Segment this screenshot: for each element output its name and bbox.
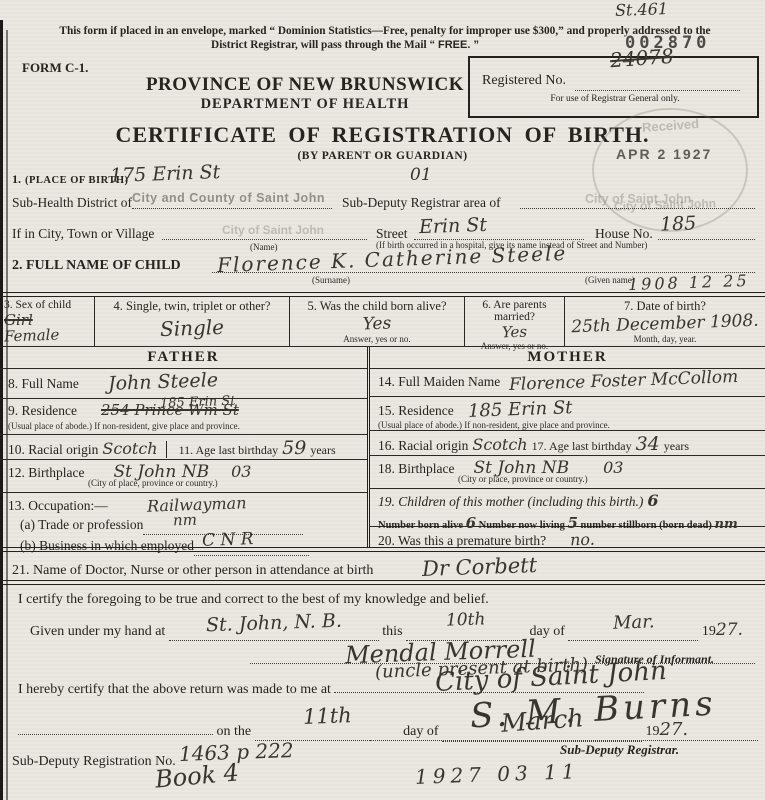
mother-children-row: 19. Children of this mother (including t… <box>370 489 765 527</box>
registered-no-label: Registered No. <box>482 73 566 89</box>
subdistrict-label: Sub-Health District of <box>12 195 132 211</box>
given-under-hand-line: Given under my hand at St. John, N. B. t… <box>30 618 743 641</box>
surname-caption: (Surname) <box>312 275 350 285</box>
this-label: this <box>382 624 402 639</box>
registered-no-note: For use of Registrar General only. <box>500 94 730 104</box>
mother-age-value: 34 <box>636 433 660 455</box>
place-of-birth-value: 175 Erin St <box>110 161 221 187</box>
father-full-name-value: John Steele <box>108 369 219 395</box>
subdistrict-blank: City and County of Saint John <box>132 192 332 209</box>
received-stamp-received: Received <box>642 116 700 135</box>
subdeputy-area-label: Sub-Deputy Registrar area of <box>342 195 501 211</box>
born-alive-count-value: 6 <box>466 514 476 532</box>
parents-section: FATHER 8. Full Name John Steele 9. Resid… <box>0 347 765 547</box>
registered-no-handwritten: 24078 <box>609 44 674 72</box>
city-town-village-label: If in City, Town or Village <box>12 226 154 242</box>
mother-header: MOTHER <box>370 347 765 369</box>
received-stamp-date: APR 2 1927 <box>616 146 712 162</box>
single-twin-value: Single <box>99 313 286 343</box>
subdeputy-area-blank: City of Saint John <box>520 192 755 209</box>
stillborn-value: nm <box>715 517 738 532</box>
father-residence-row: 9. Residence 185 Erin St 254 Prince Wm S… <box>0 399 367 435</box>
sex-label: 3. Sex of child <box>4 299 90 311</box>
father-racial-age-row: 10. Racial origin Scotch 11. Age last bi… <box>0 435 367 460</box>
hereby-label: I hereby certify that the above return w… <box>18 682 331 697</box>
mother-residence-row: 15. Residence 185 Erin St (Usual place o… <box>370 397 765 431</box>
father-trade-label: (a) Trade or profession <box>20 517 143 532</box>
mother-birthplace-label: 18. Birthplace <box>378 461 454 476</box>
sex-of-child-cell: 3. Sex of child Girl Female <box>0 296 95 346</box>
attendance-row: 21. Name of Doctor, Nurse or other perso… <box>12 555 537 579</box>
father-age-value: 59 <box>282 437 306 459</box>
father-full-name-label: 8. Full Name <box>8 376 79 391</box>
father-residence-inserted: 185 Erin St <box>160 394 236 412</box>
mother-maiden-row: 14. Full Maiden Name Florence Foster McC… <box>370 369 765 397</box>
mother-children-value: 6 <box>647 491 658 510</box>
attendance-value: Dr Corbett <box>422 553 538 581</box>
mailing-notice-line2: District Registrar, will pass through th… <box>35 39 655 51</box>
child-details-grid: 3. Sex of child Girl Female 4. Single, t… <box>0 296 765 346</box>
father-birthplace-row: 12. Birthplace St John NB 03 (City of pl… <box>0 460 367 493</box>
mother-residence-caption: (Usual place of abode.) If non-resident,… <box>378 420 757 430</box>
father-age-unit: years <box>310 443 335 457</box>
mother-children-label: 19. Children of this mother (including t… <box>378 494 643 509</box>
mother-racial-label: 16. Racial origin <box>378 438 468 453</box>
stillborn-label: number stillborn (born dead) <box>581 520 712 531</box>
year-prefix: 19 <box>702 624 716 639</box>
given-label: Given under my hand at <box>30 624 165 639</box>
registrar-caption: Sub-Deputy Registrar. <box>560 742 679 758</box>
mother-maiden-label: 14. Full Maiden Name <box>378 374 500 389</box>
parents-married-label: 6. Are parents married? <box>469 299 560 323</box>
single-twin-cell: 4. Single, twin, triplet or other? Singl… <box>95 296 290 346</box>
attendance-label: 21. Name of Doctor, Nurse or other perso… <box>12 563 373 578</box>
given-year-value: 27. <box>716 620 743 640</box>
full-name-blank: Florence K. Catherine Steele <box>212 256 755 273</box>
father-racial-label: 10. Racial origin <box>8 442 98 457</box>
province-heading: PROVINCE OF NEW BRUNSWICK <box>120 74 490 96</box>
parents-married-cell: 6. Are parents married? Yes Answer, yes … <box>465 296 565 346</box>
given-place-value: St. John, N. B. <box>206 610 343 637</box>
mother-birthplace-code: 03 <box>603 458 623 477</box>
born-alive-count-label: Number born alive <box>378 520 463 531</box>
mother-residence-value: 185 Erin St <box>467 397 572 422</box>
mother-residence-label: 15. Residence <box>378 403 454 418</box>
subdeputy-regno-label: Sub-Deputy Registration No. <box>12 754 176 769</box>
corner-annotation: St.461 <box>615 0 669 20</box>
birth-certificate-scan: St.461 002870 This form if placed in an … <box>0 0 765 800</box>
father-birthplace-caption: (City of place, province or country.) <box>88 478 359 488</box>
father-birthplace-code: 03 <box>231 462 251 481</box>
mother-age-unit: years <box>664 439 689 453</box>
father-racial-value: Scotch <box>102 439 157 458</box>
department-heading: DEPARTMENT OF HEALTH <box>120 96 490 113</box>
father-occupation-row: 13. Occupation:— Railwayman (a) Trade or… <box>0 493 367 547</box>
form-number: FORM C-1. <box>22 60 88 76</box>
house-no-value: 185 <box>660 212 697 235</box>
subdistrict-stamp: City and County of Saint John <box>132 191 325 205</box>
mother-racial-value: Scotch <box>472 435 527 454</box>
place-of-birth-code: 01 <box>410 165 432 185</box>
mother-column: MOTHER 14. Full Maiden Name Florence Fos… <box>370 347 765 547</box>
father-residence-caption: (Usual place of abode.) If non-resident,… <box>8 421 359 431</box>
sex-value: Female <box>4 325 91 346</box>
house-no-label: House No. <box>595 226 653 242</box>
birthdate-code: 1908 12 25 <box>628 271 750 294</box>
rule-21-top <box>0 547 765 552</box>
father-header: FATHER <box>0 347 367 369</box>
registered-no-box: 24078 Registered No. For use of Registra… <box>468 56 759 118</box>
mailing-notice-text: District Registrar, will pass through th… <box>211 39 427 51</box>
city-stamp: City of Saint John <box>222 223 324 237</box>
field1-number: 1. <box>12 172 21 186</box>
parents-married-value: Yes <box>469 321 561 342</box>
registration-date-code: 1927 03 11 <box>415 759 580 789</box>
father-residence-label: 9. Residence <box>8 403 77 418</box>
rule-21-bottom <box>0 580 765 585</box>
now-living-label: Number now living <box>479 520 565 531</box>
on-the-day-value: 11th <box>302 703 351 729</box>
registrar-signature-line <box>370 728 758 741</box>
given-month-value: Mar. <box>612 611 654 633</box>
full-name-of-child-label: 2. FULL NAME OF CHILD <box>12 258 181 274</box>
street-blank: Erin St <box>414 223 584 240</box>
street-value: Erin St <box>419 214 488 238</box>
mailing-notice-free: “ FREE. ” <box>429 39 479 51</box>
subdeputy-area-stamp: City of Saint John <box>585 192 691 206</box>
date-of-birth-cell: 7. Date of birth? 25th December 1908. Mo… <box>565 296 765 346</box>
certify-statement: I certify the foregoing to be true and c… <box>18 592 489 608</box>
father-occupation-label: 13. Occupation:— <box>8 498 108 513</box>
mother-maiden-value: Florence Foster McCollom <box>509 367 739 395</box>
mailing-notice-line1: This form if placed in an envelope, mark… <box>35 25 735 37</box>
father-column: FATHER 8. Full Name John Steele 9. Resid… <box>0 347 370 547</box>
single-twin-label: 4. Single, twin, triplet or other? <box>99 299 285 314</box>
father-age-label: 11. Age last birthday <box>179 443 279 457</box>
mother-age-label: 17. Age last birthday <box>532 439 632 453</box>
premature-label: 20. Was this a premature birth? <box>378 533 546 548</box>
on-the-label: on the <box>217 724 252 739</box>
born-alive-cell: 5. Was the child born alive? Yes Answer,… <box>290 296 465 346</box>
city-blank: City of Saint John <box>162 223 367 240</box>
mother-birthplace-row: 18. Birthplace St John NB 03 (City or pl… <box>370 456 765 489</box>
book-number: Book 4 <box>154 758 240 793</box>
house-no-blank: 185 <box>658 223 755 240</box>
registered-no-blank <box>575 72 740 91</box>
father-trade-value: nm <box>173 511 198 530</box>
subdeputy-regno-row: Sub-Deputy Registration No. 1463 p 222 <box>12 746 294 770</box>
given-day-value: 10th <box>446 609 486 630</box>
mother-racial-age-row: 16. Racial origin Scotch 17. Age last bi… <box>370 431 765 456</box>
father-birthplace-label: 12. Birthplace <box>8 465 84 480</box>
